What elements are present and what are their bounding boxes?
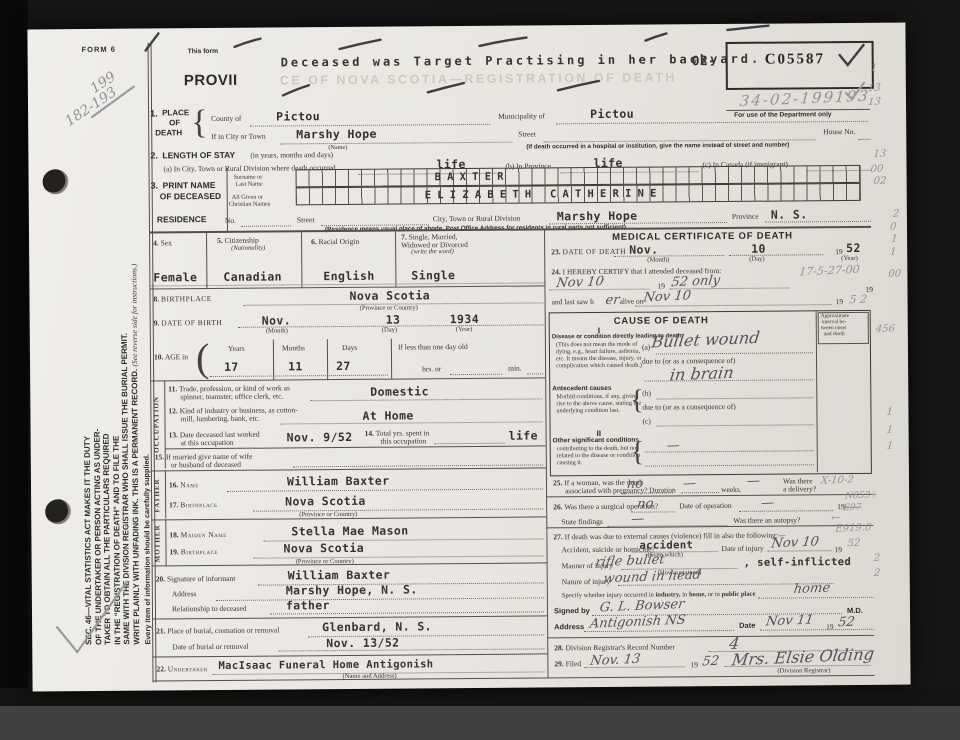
filed-year-pre: 19 bbox=[690, 660, 698, 669]
operation-date-dash: — bbox=[760, 495, 775, 511]
dob-day-note: (Day) bbox=[382, 327, 397, 334]
margin-code: 1 bbox=[886, 407, 893, 418]
residence-no-label: No. bbox=[225, 216, 236, 225]
item8-no: 8. bbox=[153, 294, 159, 303]
spouse-label2: or husband of deceased bbox=[171, 460, 241, 470]
birthplace-value: Nova Scotia bbox=[349, 288, 430, 303]
nationality-note: (Nationality) bbox=[231, 245, 265, 252]
sex-label: Sex bbox=[161, 238, 172, 247]
age-min-label: min. bbox=[508, 364, 522, 373]
section-divider bbox=[152, 653, 547, 657]
surname-label2: Last Name bbox=[236, 181, 263, 188]
margin-code: 02 bbox=[873, 175, 887, 187]
item1-brace: { bbox=[191, 104, 208, 142]
interval-header4: and death bbox=[824, 331, 845, 337]
burial-date-label: Date of burial or removal bbox=[172, 642, 248, 652]
birthplace-label: BIRTHPLACE bbox=[161, 294, 212, 303]
filed-year-handwritten: 52 bbox=[701, 654, 720, 670]
field-line bbox=[549, 288, 649, 291]
operation-date-label: Date of operation bbox=[679, 501, 732, 510]
item3-title1: PRINT NAME bbox=[163, 180, 216, 190]
item13-no: 13. bbox=[169, 430, 178, 439]
typed-annotation: Deceased was Target Practising in her ba… bbox=[281, 52, 762, 70]
section-divider bbox=[152, 615, 547, 619]
age-hrs-label: hrs. or bbox=[422, 364, 441, 373]
surname-value: BAXTER bbox=[435, 171, 510, 184]
item14-no: 14. bbox=[365, 429, 374, 438]
item5-no: 5. bbox=[217, 236, 223, 245]
item2-note: (in years, months and days) bbox=[250, 150, 333, 160]
margin-code: 1 bbox=[886, 441, 893, 452]
death-month-note: (Month) bbox=[647, 256, 669, 263]
findings-label: State findings bbox=[561, 517, 603, 526]
punch-hole-top bbox=[43, 169, 69, 194]
field-line bbox=[241, 224, 291, 226]
other-4: causing it. bbox=[557, 459, 582, 466]
field-line bbox=[614, 254, 724, 257]
trade-label2: spinner, teamster, office clerk, etc. bbox=[180, 391, 283, 401]
marital-note: (write the word) bbox=[411, 248, 454, 255]
section-divider bbox=[547, 635, 874, 639]
field-line bbox=[280, 141, 512, 145]
item28-no: 28. bbox=[554, 643, 563, 652]
specify-seg4: home, bbox=[689, 591, 706, 598]
record-number-label: Division Registrar's Record Number bbox=[566, 642, 676, 652]
this-form-label: This form bbox=[188, 48, 219, 55]
margin-code: 1 bbox=[870, 63, 877, 74]
birthplace-note: (Province or Country) bbox=[360, 304, 418, 311]
residence-city-label: City, Town or Rural Division bbox=[433, 214, 520, 224]
age-days-value: 27 bbox=[336, 359, 351, 373]
see-reverse-note: (See reverse side for instructions.) bbox=[129, 264, 139, 367]
residence-province-label: Province bbox=[732, 212, 759, 221]
cell-line bbox=[391, 339, 392, 379]
father-name-label: Name bbox=[180, 480, 199, 489]
scan-table-edge bbox=[0, 706, 960, 740]
street-label: Street bbox=[518, 129, 536, 138]
margin-code-17-5-27-00: 17-5-27-00 bbox=[799, 263, 861, 279]
informant-label: Signature of informant bbox=[167, 574, 235, 584]
marital-value: Single bbox=[411, 268, 455, 282]
duration-label: Duration bbox=[649, 485, 676, 494]
pregnancy-handwritten: no bbox=[626, 476, 644, 492]
industry-label2: mill, lumbering, bank, etc. bbox=[180, 414, 259, 424]
municipality-label: Municipality of bbox=[498, 111, 545, 120]
informant-address-label: Address bbox=[172, 589, 197, 598]
signed-by-label: Signed by bbox=[554, 606, 590, 615]
form-bottom-border bbox=[153, 675, 875, 682]
informant-address-value: Marshy Hope, N. S. bbox=[286, 582, 418, 597]
punch-hole-bottom bbox=[45, 499, 71, 524]
mother-birthplace-label: Birthplace bbox=[181, 547, 218, 556]
sex-value: Female bbox=[153, 270, 197, 284]
section-divider bbox=[152, 562, 547, 566]
burial-place-value: Glenbard, N. S. bbox=[322, 619, 432, 634]
item24-no: 24. bbox=[551, 267, 560, 276]
item25-no: 25. bbox=[553, 478, 562, 487]
delivery-dash: — bbox=[746, 473, 761, 489]
margin-code: 00 bbox=[870, 164, 884, 176]
city-label: If in City or Town bbox=[211, 132, 265, 141]
mother-group-label: MOTHER bbox=[153, 521, 161, 565]
age-label: AGE in bbox=[165, 352, 188, 361]
serial-prefix: 02- bbox=[692, 54, 717, 69]
autopsy-pencil-arrow: ← bbox=[831, 511, 842, 524]
field-line bbox=[760, 628, 874, 631]
cause-title: CAUSE OF DEATH bbox=[614, 315, 709, 327]
dept-code-handwritten: 34-02-199193 bbox=[739, 87, 871, 111]
county-label: County of bbox=[211, 114, 241, 123]
item22-no: 22. bbox=[156, 664, 165, 673]
item2-title: LENGTH OF STAY bbox=[162, 150, 235, 161]
item4-no: 4. bbox=[153, 238, 159, 247]
margin-code: X-10-2 bbox=[820, 474, 854, 486]
municipality-value: Pictou bbox=[590, 107, 634, 121]
citizenship-value: Canadian bbox=[223, 269, 282, 283]
group-divider bbox=[165, 519, 166, 565]
field-line bbox=[681, 491, 719, 493]
margin-code: 1 bbox=[886, 425, 893, 436]
dept-only-note: For use of the Department only bbox=[734, 111, 832, 119]
margin-code: 0 bbox=[889, 222, 896, 233]
other-1: Other significant conditions bbox=[553, 437, 639, 445]
last-saw-her-handwritten: er bbox=[605, 293, 621, 309]
last-saw-year-pre: 19 bbox=[836, 297, 844, 306]
informant-relation-value: father bbox=[286, 598, 330, 612]
self-inflicted-value: , self-inflicted bbox=[744, 556, 852, 569]
field-line bbox=[450, 373, 502, 375]
item1-title3: DEATH bbox=[155, 128, 182, 137]
mother-birthplace-value: Nova Scotia bbox=[283, 541, 364, 556]
weeks-label: weeks. bbox=[721, 485, 742, 494]
item1-title1: PLACE bbox=[162, 108, 189, 117]
maiden-name-value: Stella Mae Mason bbox=[291, 523, 408, 538]
residence-street-label: Street bbox=[297, 215, 315, 224]
age-months-value: 11 bbox=[288, 359, 303, 373]
cell-line bbox=[206, 233, 207, 288]
maiden-name-label: Maiden Name bbox=[181, 530, 227, 539]
citizenship-label: Citizenship bbox=[225, 236, 259, 245]
field-line bbox=[758, 596, 874, 599]
margin-code: N853+ bbox=[845, 490, 879, 501]
item10-no: 10. bbox=[154, 352, 163, 361]
margin-code-crossed: E97 bbox=[843, 503, 862, 514]
father-group-label: FATHER bbox=[153, 472, 161, 518]
item27-no: 27. bbox=[553, 532, 562, 541]
scan-shadow-band bbox=[0, 688, 960, 706]
field-line bbox=[278, 647, 544, 651]
item1-title2: OF bbox=[169, 118, 180, 127]
last-worked-label2: at this occupation bbox=[181, 438, 234, 447]
death-day-note: (Day) bbox=[749, 256, 764, 263]
age-months-label: Months bbox=[282, 343, 305, 352]
item2-no: 2. bbox=[150, 150, 158, 160]
father-name-value: William Baxter bbox=[287, 474, 390, 489]
last-saw-year-pencil: 5 2 bbox=[849, 293, 868, 307]
field-line bbox=[310, 397, 542, 401]
death-registration-form: FORM 6 199 182-193 SEC. 46—VITAL STATIST… bbox=[27, 23, 910, 692]
item12-no: 12. bbox=[168, 406, 177, 415]
margin-code: 00 bbox=[888, 268, 902, 280]
item9-no: 9. bbox=[154, 318, 160, 327]
group-divider bbox=[165, 470, 166, 518]
item26-no: 26. bbox=[553, 502, 562, 511]
field-line bbox=[210, 374, 388, 377]
form-title-faded: CE OF NOVA SCOTIA—REGISTRATION OF DEATH bbox=[280, 70, 677, 87]
item15-no: 15. bbox=[155, 452, 164, 461]
sidebar-duty-text: SEC. 46—VITAL STATISTICS ACT MAKES IT TH… bbox=[80, 83, 153, 646]
margin-code: 1 bbox=[890, 247, 897, 258]
father-birthplace-value: Nova Scotia bbox=[285, 494, 366, 509]
margin-code: 13 bbox=[867, 83, 881, 95]
cause-c-label: (c) bbox=[642, 417, 650, 426]
house-no-label: House No. bbox=[823, 127, 855, 136]
field-line bbox=[281, 420, 543, 424]
margin-code: 2 bbox=[892, 209, 899, 220]
city-value: Marshy Hope bbox=[296, 127, 377, 142]
informant-value: William Baxter bbox=[288, 568, 391, 583]
scan-background: FORM 6 199 182-193 SEC. 46—VITAL STATIST… bbox=[0, 0, 960, 740]
margin-code: E919.0 bbox=[835, 522, 872, 535]
cause-d5: complication which caused death.) bbox=[556, 362, 642, 370]
specify-seg6: public place bbox=[722, 591, 756, 598]
md-label: M.D. bbox=[847, 606, 863, 615]
last-saw-label1: and last saw h bbox=[552, 297, 594, 306]
field-line bbox=[636, 303, 832, 307]
residence-label: RESIDENCE bbox=[157, 214, 207, 224]
death-year-note: (Year) bbox=[841, 255, 858, 262]
burial-place-label: Place of burial, cremation or removal bbox=[167, 625, 279, 635]
field-line bbox=[729, 253, 823, 256]
cause-due2-label: due to (or as a consequence of) bbox=[642, 402, 735, 412]
sig-address-label: Address bbox=[554, 622, 584, 631]
division-registrar-note: (Division Registrar) bbox=[777, 667, 830, 674]
last-worked-value: Nov. 9/52 bbox=[287, 430, 353, 445]
field-line bbox=[216, 596, 544, 601]
racial-origin-label: Racial Origin bbox=[319, 237, 360, 246]
injury-year-pre: 19 bbox=[834, 545, 842, 554]
margin-code: 2 bbox=[873, 568, 880, 579]
total-yrs-label2: this occupation bbox=[381, 436, 427, 445]
specify-seg5: or in bbox=[706, 591, 722, 598]
section-divider bbox=[151, 516, 546, 520]
item19-no: 19. bbox=[169, 547, 178, 556]
margin-code: 456 bbox=[875, 323, 895, 335]
column-divider bbox=[544, 229, 549, 677]
field-line bbox=[768, 549, 832, 552]
item21-no: 21. bbox=[156, 626, 165, 635]
county-value: Pictou bbox=[276, 109, 320, 123]
item29-no: 29. bbox=[554, 659, 563, 668]
field-line bbox=[739, 509, 833, 512]
duty-line: WRITE PLAINLY WITH UNFADING INK. THIS IS… bbox=[130, 369, 141, 645]
morbid-3: underlying condition last. bbox=[556, 407, 619, 414]
margin-code: 13 bbox=[867, 97, 881, 109]
item3-no: 3. bbox=[151, 180, 159, 190]
item17-no: 17. bbox=[169, 500, 178, 509]
item16-no: 16. bbox=[169, 480, 178, 489]
item23-no: 23. bbox=[551, 247, 560, 256]
death-date-year: 52 bbox=[846, 241, 861, 255]
form-title-partial: PROVII bbox=[184, 72, 238, 89]
age-bracket: ( bbox=[196, 334, 210, 381]
field-line bbox=[549, 221, 727, 224]
undertaker-value: MacIsaac Funeral Home Antigonish bbox=[218, 658, 433, 672]
filed-label: Filed bbox=[566, 659, 581, 668]
cell-line bbox=[301, 232, 302, 287]
informant-relation-label: Relationship to deceased bbox=[172, 604, 247, 614]
delivery-label2: a delivery? bbox=[783, 484, 816, 493]
item6-no: 6. bbox=[311, 237, 317, 246]
field-line bbox=[435, 442, 505, 445]
sig-date-label: Date bbox=[739, 621, 755, 630]
hospital-note: (If death occurred in a hospital or inst… bbox=[526, 141, 789, 150]
sig-date-handwritten: Nov 11 bbox=[765, 612, 814, 629]
margin-code: 52 bbox=[847, 538, 861, 550]
other-3: related to the disease or condition bbox=[557, 452, 640, 460]
field-line bbox=[584, 629, 734, 632]
autopsy-label: Was there an autopsy? bbox=[733, 515, 800, 525]
injury-place-handwritten: home bbox=[793, 581, 831, 598]
age-less-label: If less than one day old bbox=[398, 342, 468, 352]
field-line bbox=[227, 487, 543, 491]
form-number: FORM 6 bbox=[82, 45, 116, 54]
serial-number: C05587 bbox=[765, 51, 825, 68]
trade-value: Domestic bbox=[370, 384, 429, 398]
undertaker-label: Undertaker bbox=[168, 664, 208, 673]
antecedent-label: Antecedent causes bbox=[552, 385, 611, 392]
cell-line bbox=[395, 232, 396, 287]
field-line bbox=[858, 138, 870, 140]
given-names-value: ELIZABETH CATHERINE bbox=[425, 187, 663, 201]
field-line bbox=[527, 372, 543, 374]
duration-dash: — bbox=[682, 476, 697, 492]
age-years-label: Years bbox=[228, 344, 245, 353]
item3-title2: OF DECEASED bbox=[160, 191, 221, 201]
item20-no: 20. bbox=[156, 574, 165, 583]
field-line bbox=[765, 220, 871, 223]
margin-code: 2 bbox=[873, 553, 880, 564]
margin-code: 1 bbox=[891, 234, 898, 245]
margin-code: 13 bbox=[873, 148, 887, 160]
dob-label: DATE OF BIRTH bbox=[161, 318, 222, 327]
dob-month-note: (Month) bbox=[266, 327, 288, 334]
other-brace: { bbox=[631, 437, 645, 469]
item18-no: 18. bbox=[169, 530, 178, 539]
field-line bbox=[584, 665, 684, 668]
father-birthplace-label: Birthplace bbox=[180, 500, 217, 509]
last-saw-date-handwritten: Nov 10 bbox=[642, 288, 691, 305]
age-years-value: 17 bbox=[224, 360, 239, 374]
age-days-label: Days bbox=[342, 343, 357, 352]
dob-year-note: (Year) bbox=[456, 326, 473, 333]
cause-a-label: (a) bbox=[642, 343, 650, 352]
total-yrs-value: life bbox=[509, 428, 538, 442]
undertaker-note: (Name and Address) bbox=[342, 673, 396, 680]
cause-b-label: (b) bbox=[642, 389, 651, 398]
item1-no: 1. bbox=[150, 108, 158, 118]
injury-date-label: Date of injury bbox=[721, 544, 763, 553]
given-label2: Christian Names bbox=[229, 201, 270, 208]
item11-no: 11. bbox=[168, 384, 177, 393]
racial-origin-value: English bbox=[323, 269, 374, 283]
